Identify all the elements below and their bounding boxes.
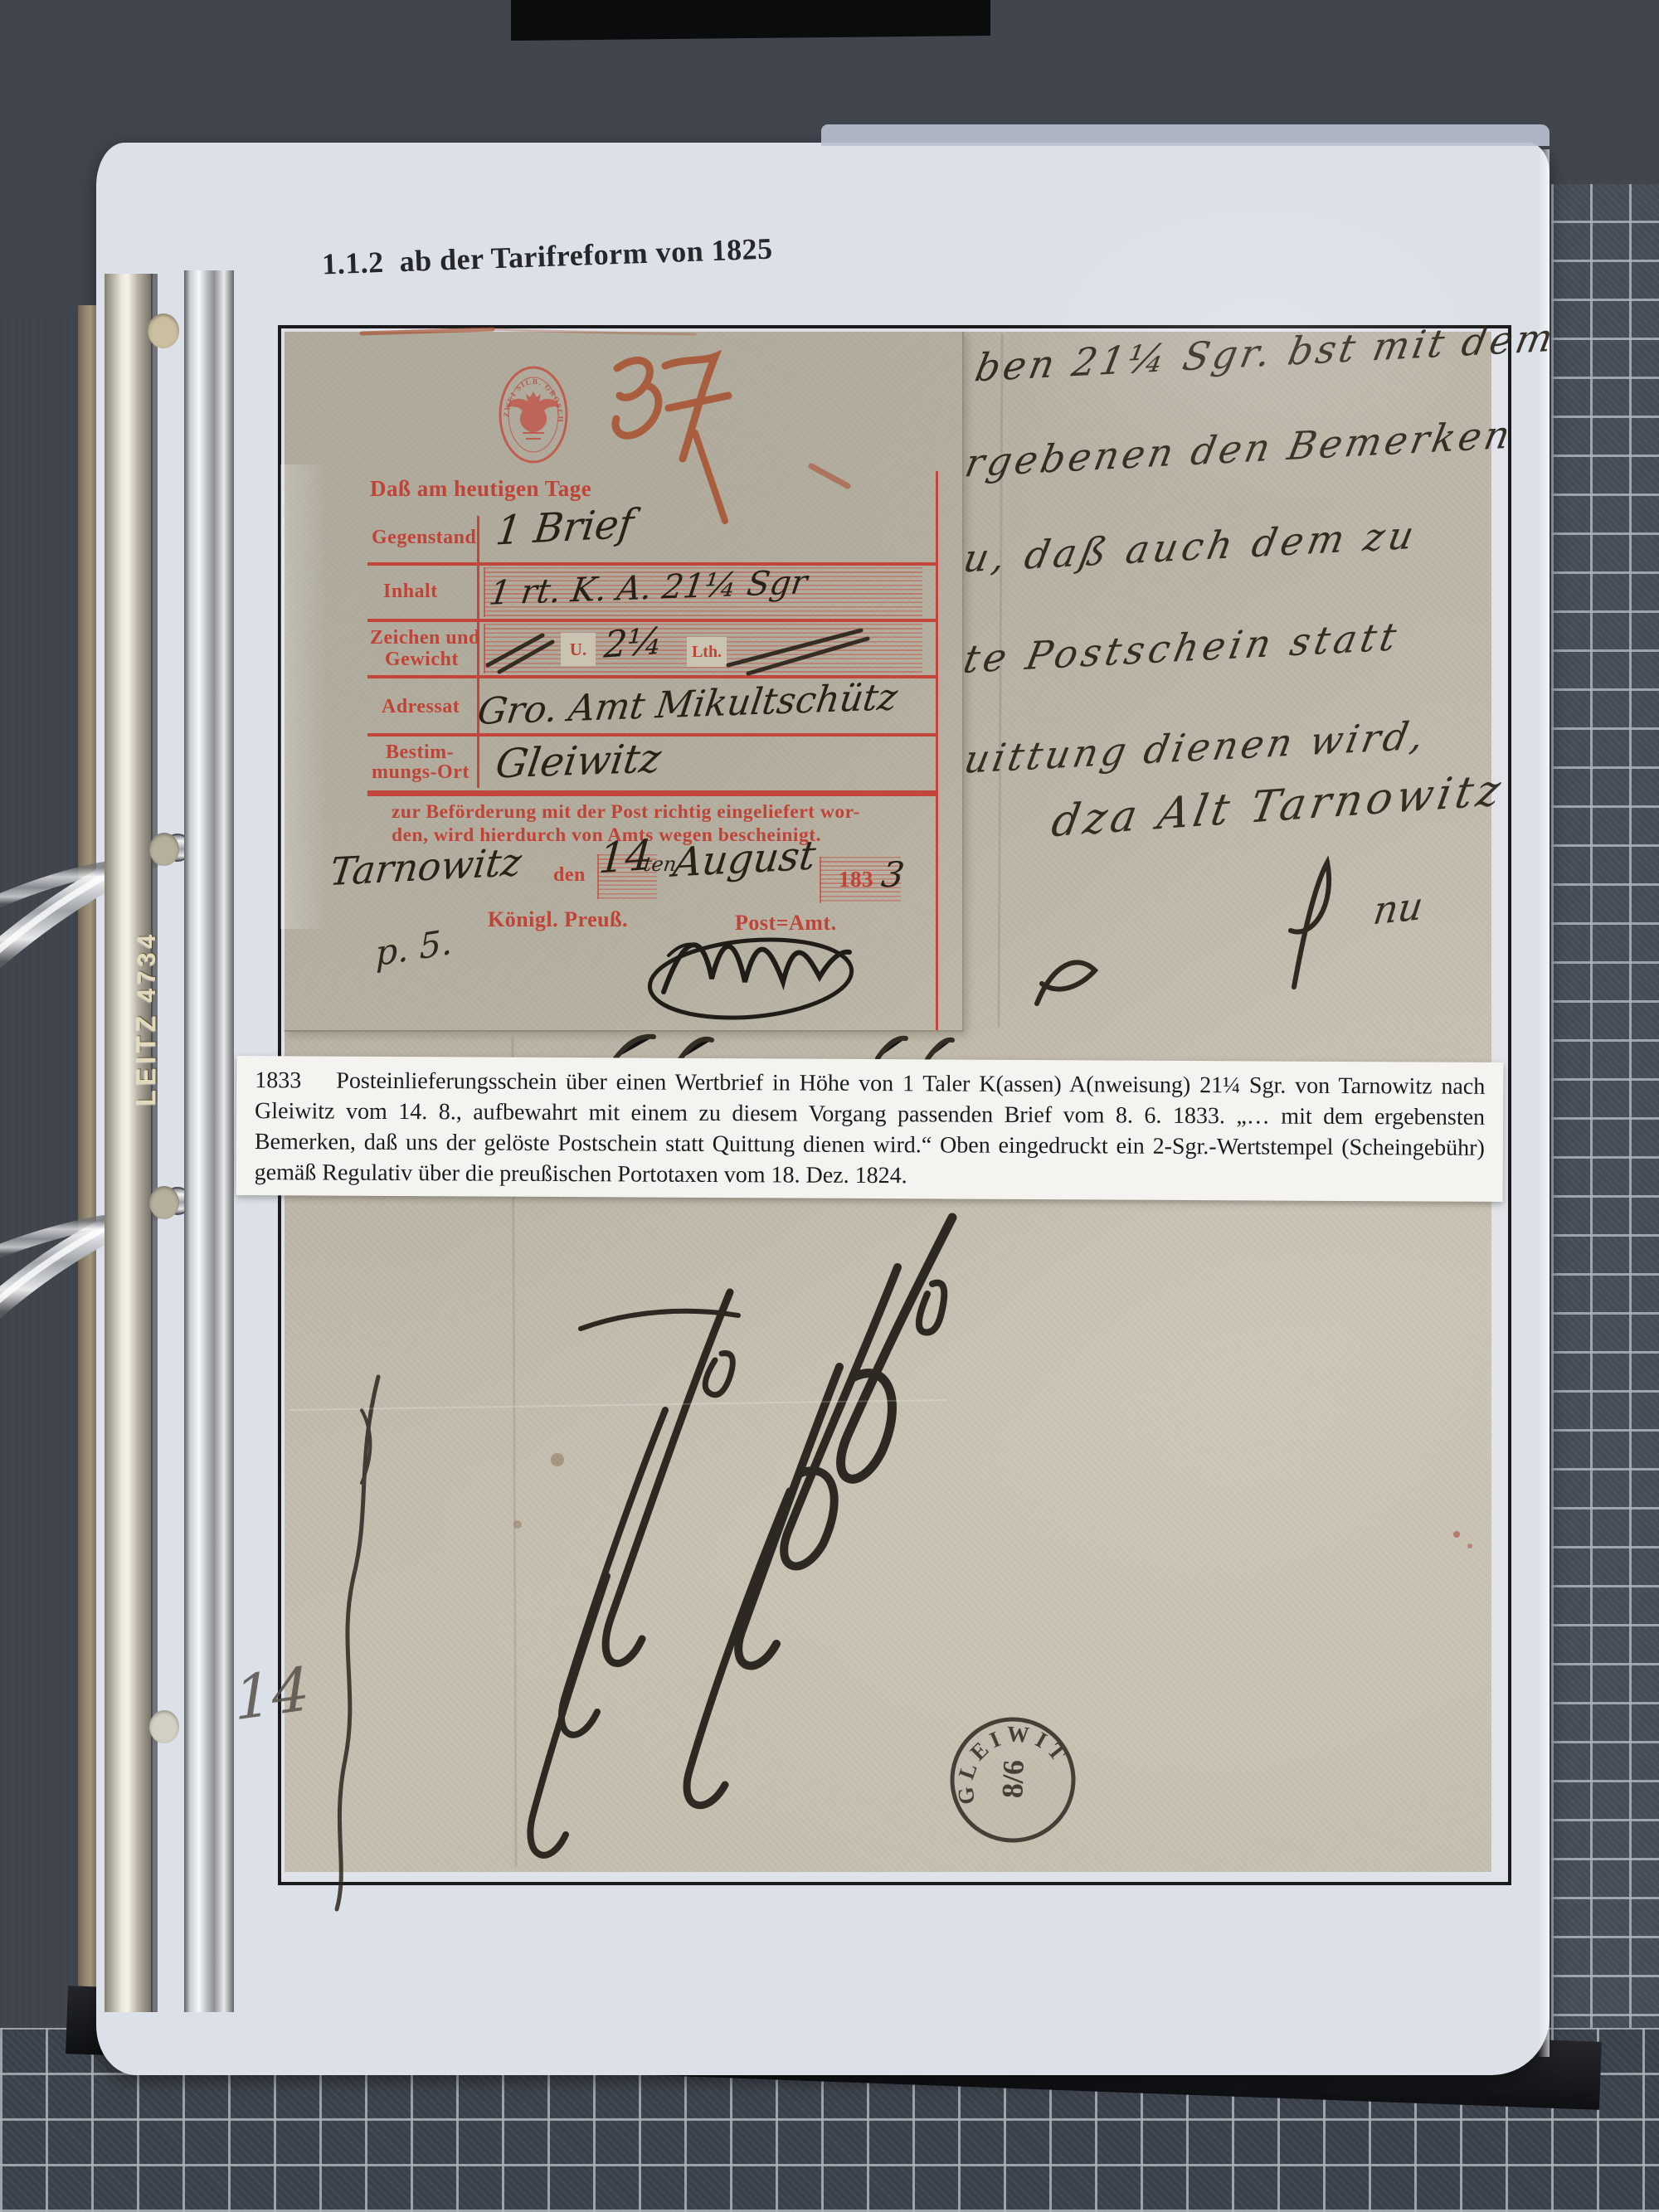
label-bestimmung-1: Bestim- <box>386 741 454 764</box>
mechanism-groove <box>151 274 158 2012</box>
entry-bestimmung: Gleiwitz <box>493 735 664 787</box>
sleeve-glare-left <box>280 464 328 929</box>
unit-chip-u: U. <box>561 633 596 666</box>
binder-embossed-brand: LEITZ <box>132 1005 163 1113</box>
form-right-border <box>936 471 938 1030</box>
entry-gewicht: 2¼ <box>602 620 664 666</box>
certify-line-1: zur Beförderung mit der Post richtig ein… <box>392 801 860 824</box>
caption-strip: 1833Posteinlieferungsschein über einen W… <box>236 1056 1504 1202</box>
pencil-number: 14 <box>233 1653 311 1733</box>
office-left: Königl. Preuß. <box>488 907 628 932</box>
sleeve-glare-soft <box>995 166 1526 514</box>
sheet-stack-edge <box>0 314 80 2037</box>
sleeve-top-edge <box>821 124 1550 146</box>
entry-month: August <box>671 832 819 886</box>
label-bestimmung-2: mungs-Ort <box>372 761 469 784</box>
photo-of-album-page: 1.1.2 ab der Tarifreform von 1825 Daß am… <box>0 0 1659 2212</box>
caption-text: Posteinlieferungsschein über einen Wertb… <box>255 1068 1486 1189</box>
office-right: Post=Amt. <box>735 911 837 936</box>
binder-rail-bar <box>184 270 234 2012</box>
year-printed: 183 <box>839 867 873 892</box>
form-rule-thick <box>367 790 937 796</box>
punch-hole-4 <box>149 1710 179 1743</box>
caption-year: 1833 <box>255 1067 301 1093</box>
form-label-divider <box>477 516 479 788</box>
cutting-mat-right <box>1551 184 1659 2212</box>
punch-hole-1 <box>148 314 179 348</box>
entry-gegenstand: 1 Brief <box>494 500 636 554</box>
letter-line-7: nu <box>1370 882 1426 933</box>
label-adressat: Adressat <box>382 696 460 718</box>
label-zeichen-2: Gewicht <box>385 649 459 671</box>
binder-mechanism-plate <box>105 274 153 2012</box>
word-den: den <box>553 864 586 887</box>
label-gegenstand: Gegenstand <box>372 527 476 549</box>
punch-hole-2 <box>149 833 179 866</box>
punch-hole-3 <box>149 1186 179 1219</box>
label-zeichen-1: Zeichen und <box>370 627 480 649</box>
binder-embossed-number: 4734 <box>134 916 162 1016</box>
label-inhalt: Inhalt <box>383 581 438 603</box>
form-intro-line: Daß am heutigen Tage <box>370 476 591 502</box>
sleeve-right-highlight <box>1538 149 1550 2057</box>
unit-chip-lth: Lth. <box>687 637 727 667</box>
dark-object-top <box>511 0 990 41</box>
form-rule-1 <box>367 562 937 566</box>
